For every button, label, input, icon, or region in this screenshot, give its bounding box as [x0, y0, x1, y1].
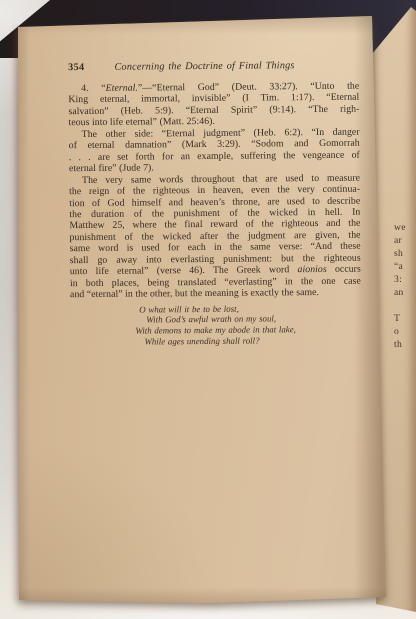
page-content: 354 Concerning the Doctrine of Final Thi… [68, 60, 361, 348]
page-shadow: 354 Concerning the Doctrine of Final Thi… [0, 0, 416, 619]
hymn-line: While ages unending shall roll? [144, 335, 361, 348]
book-photo: we ar sh “a 3: an T o th 354 [0, 0, 416, 619]
body-text: 4. “Eternal.”—“Eternal God” (Deut. 33:27… [68, 81, 361, 301]
running-title: Concerning the Doctrine of Final Things [114, 60, 294, 73]
body-text-line: and “eternal” in the other, but the mean… [70, 287, 361, 301]
hymn-quote: O what will it be to be lost, With God’s… [135, 302, 361, 347]
page-header: 354 Concerning the Doctrine of Final Thi… [68, 60, 359, 74]
page-number: 354 [68, 62, 85, 73]
book-page: 354 Concerning the Doctrine of Final Thi… [0, 0, 416, 619]
